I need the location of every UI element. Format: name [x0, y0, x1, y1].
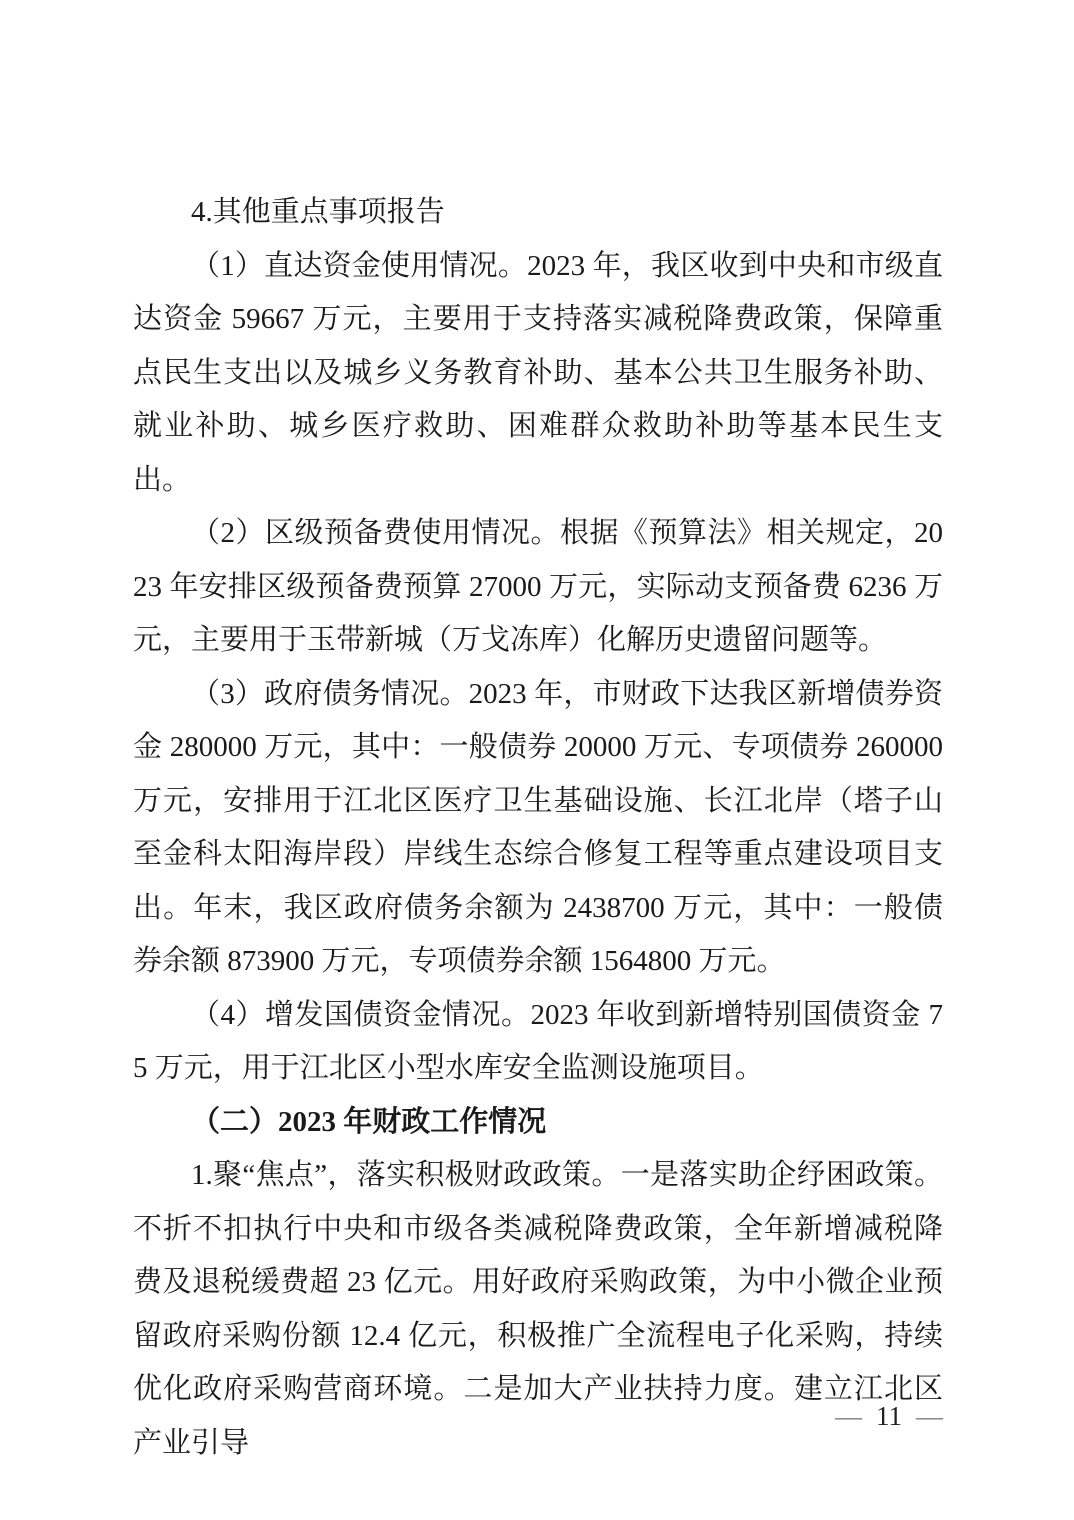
page-number: 11 [876, 1401, 902, 1431]
document-page: 4.其他重点事项报告 （1）直达资金使用情况。2023 年，我区收到中央和市级直… [0, 0, 1074, 1520]
paragraph-government-debt: （3）政府债务情况。2023 年，市财政下达我区新增债券资金 280000 万元… [133, 668, 943, 989]
paragraph-direct-funds-usage: （1）直达资金使用情况。2023 年，我区收到中央和市级直达资金 59667 万… [133, 240, 943, 508]
subheading-other-key-items-report: 4.其他重点事项报告 [133, 186, 943, 240]
paragraph-additional-treasury-bonds: （4）增发国债资金情况。2023 年收到新增特别国债资金 75 万元，用于江北区… [133, 989, 943, 1096]
paragraph-fiscal-policy-implementation: 1.聚“焦点”，落实积极财政政策。一是落实助企纾困政策。不折不扣执行中央和市级各… [133, 1149, 943, 1470]
paragraph-district-reserve-funds: （2）区级预备费使用情况。根据《预算法》相关规定，2023 年安排区级预备费预算… [133, 507, 943, 668]
section-heading-2023-fiscal-work: （二）2023 年财政工作情况 [133, 1096, 943, 1150]
footer-dash-right: — [916, 1401, 943, 1431]
page-footer: —11— [835, 1400, 943, 1432]
footer-dash-left: — [835, 1401, 862, 1431]
document-body: 4.其他重点事项报告 （1）直达资金使用情况。2023 年，我区收到中央和市级直… [133, 186, 943, 1470]
